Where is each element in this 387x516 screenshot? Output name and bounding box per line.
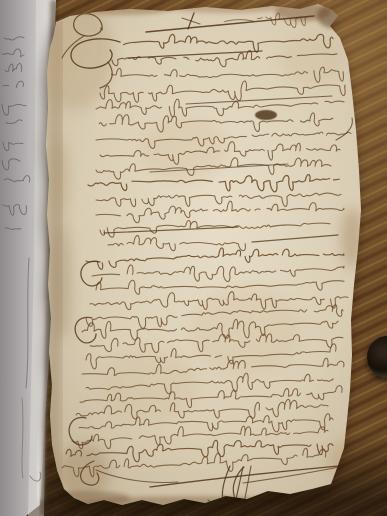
manuscript-page bbox=[37, 0, 370, 516]
manuscript-photo: Photograph of an aged handwritten manusc… bbox=[0, 0, 387, 516]
paper-texture bbox=[40, 0, 370, 516]
manuscript-scene: Photograph of an aged handwritten manusc… bbox=[0, 0, 387, 516]
